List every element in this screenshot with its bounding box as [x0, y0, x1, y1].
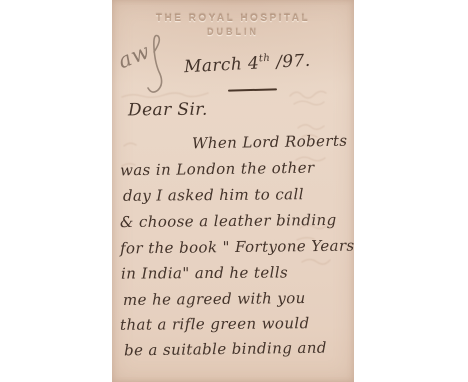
- date-year: /97.: [270, 51, 311, 73]
- body-line: for the book " Fortyone Years: [120, 237, 355, 258]
- body-line: day I asked him to call: [123, 185, 304, 205]
- pencil-annotation: aw: [115, 39, 154, 73]
- body-line: & choose a leather binding: [120, 211, 337, 231]
- letterhead: THE ROYAL HOSPITAL DUBLIN: [112, 13, 354, 37]
- letterhead-line2: DUBLIN: [112, 27, 354, 37]
- letterhead-line1: THE ROYAL HOSPITAL: [112, 13, 354, 24]
- body-line: me he agreed with you: [123, 289, 306, 309]
- photo-frame: THE ROYAL HOSPITAL DUBLIN aw March 4th /…: [0, 0, 468, 382]
- body-line: When Lord Roberts: [192, 132, 348, 153]
- letter-paper: THE ROYAL HOSPITAL DUBLIN aw March 4th /…: [112, 0, 354, 382]
- date-text: March 4: [184, 53, 260, 77]
- body-line: in India" and he tells: [121, 263, 288, 282]
- body-line: be a suitable binding and: [124, 339, 327, 360]
- salutation: Dear Sir.: [128, 100, 208, 121]
- date-underline: [228, 88, 277, 92]
- body-line: was in London the other: [120, 159, 315, 180]
- body-line: that a rifle green would: [120, 314, 310, 334]
- date-line: March 4th /97.: [184, 51, 311, 78]
